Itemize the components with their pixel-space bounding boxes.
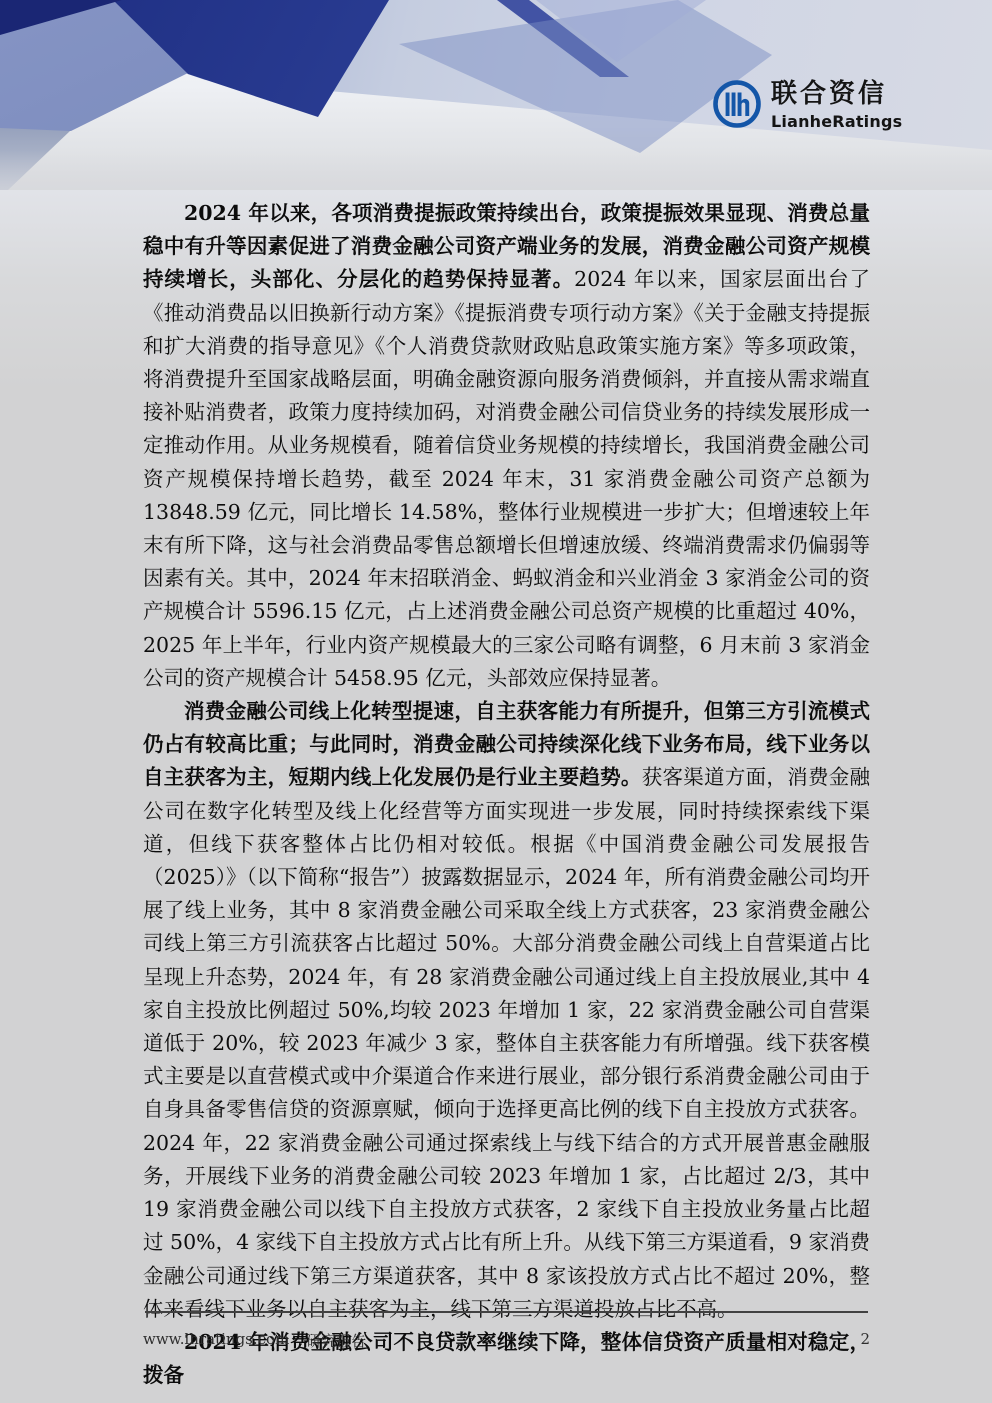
logo-name-english: LianheRatings [771, 114, 902, 130]
paragraph-policy-and-scale: 2024 年以来，各项消费提振政策持续出台，政策提振效果显现、消费总量稳中有升等… [143, 197, 870, 695]
deco-bottom-fade [0, 150, 992, 190]
paragraph-1-text: 2024 年以来，国家层面出台了《推动消费品以旧换新行动方案》《提振消费专项行动… [143, 267, 870, 689]
lianhe-logo-circle-icon [712, 78, 762, 134]
report-body: 2024 年以来，各项消费提振政策持续出台，政策提振效果显现、消费总量稳中有升等… [143, 197, 870, 1392]
footer-left-group: www.lhratings.com 研究报告 [143, 1330, 366, 1351]
lianhe-ratings-logo: 联合资信 LianheRatings [712, 78, 902, 134]
footer-report-type-label: 研究报告 [306, 1330, 366, 1351]
paragraph-online-transformation: 消费金融公司线上化转型提速，自主获客能力有所提升，但第三方引流模式仍占有较高比重… [143, 695, 870, 1326]
report-page: 联合资信 LianheRatings 2024 年以来，各项消费提振政策持续出台… [0, 0, 992, 1403]
logo-text: 联合资信 LianheRatings [771, 78, 902, 130]
page-number: 2 [860, 1330, 870, 1348]
paragraph-2-text: 获客渠道方面，消费金融公司在数字化转型及线上化经营等方面实现进一步发展，同时持续… [143, 765, 870, 1320]
logo-name-chinese: 联合资信 [771, 81, 902, 107]
footer-website-url: www.lhratings.com [143, 1330, 289, 1351]
footer-divider [145, 1311, 868, 1313]
footer: www.lhratings.com 研究报告 2 [143, 1330, 870, 1351]
